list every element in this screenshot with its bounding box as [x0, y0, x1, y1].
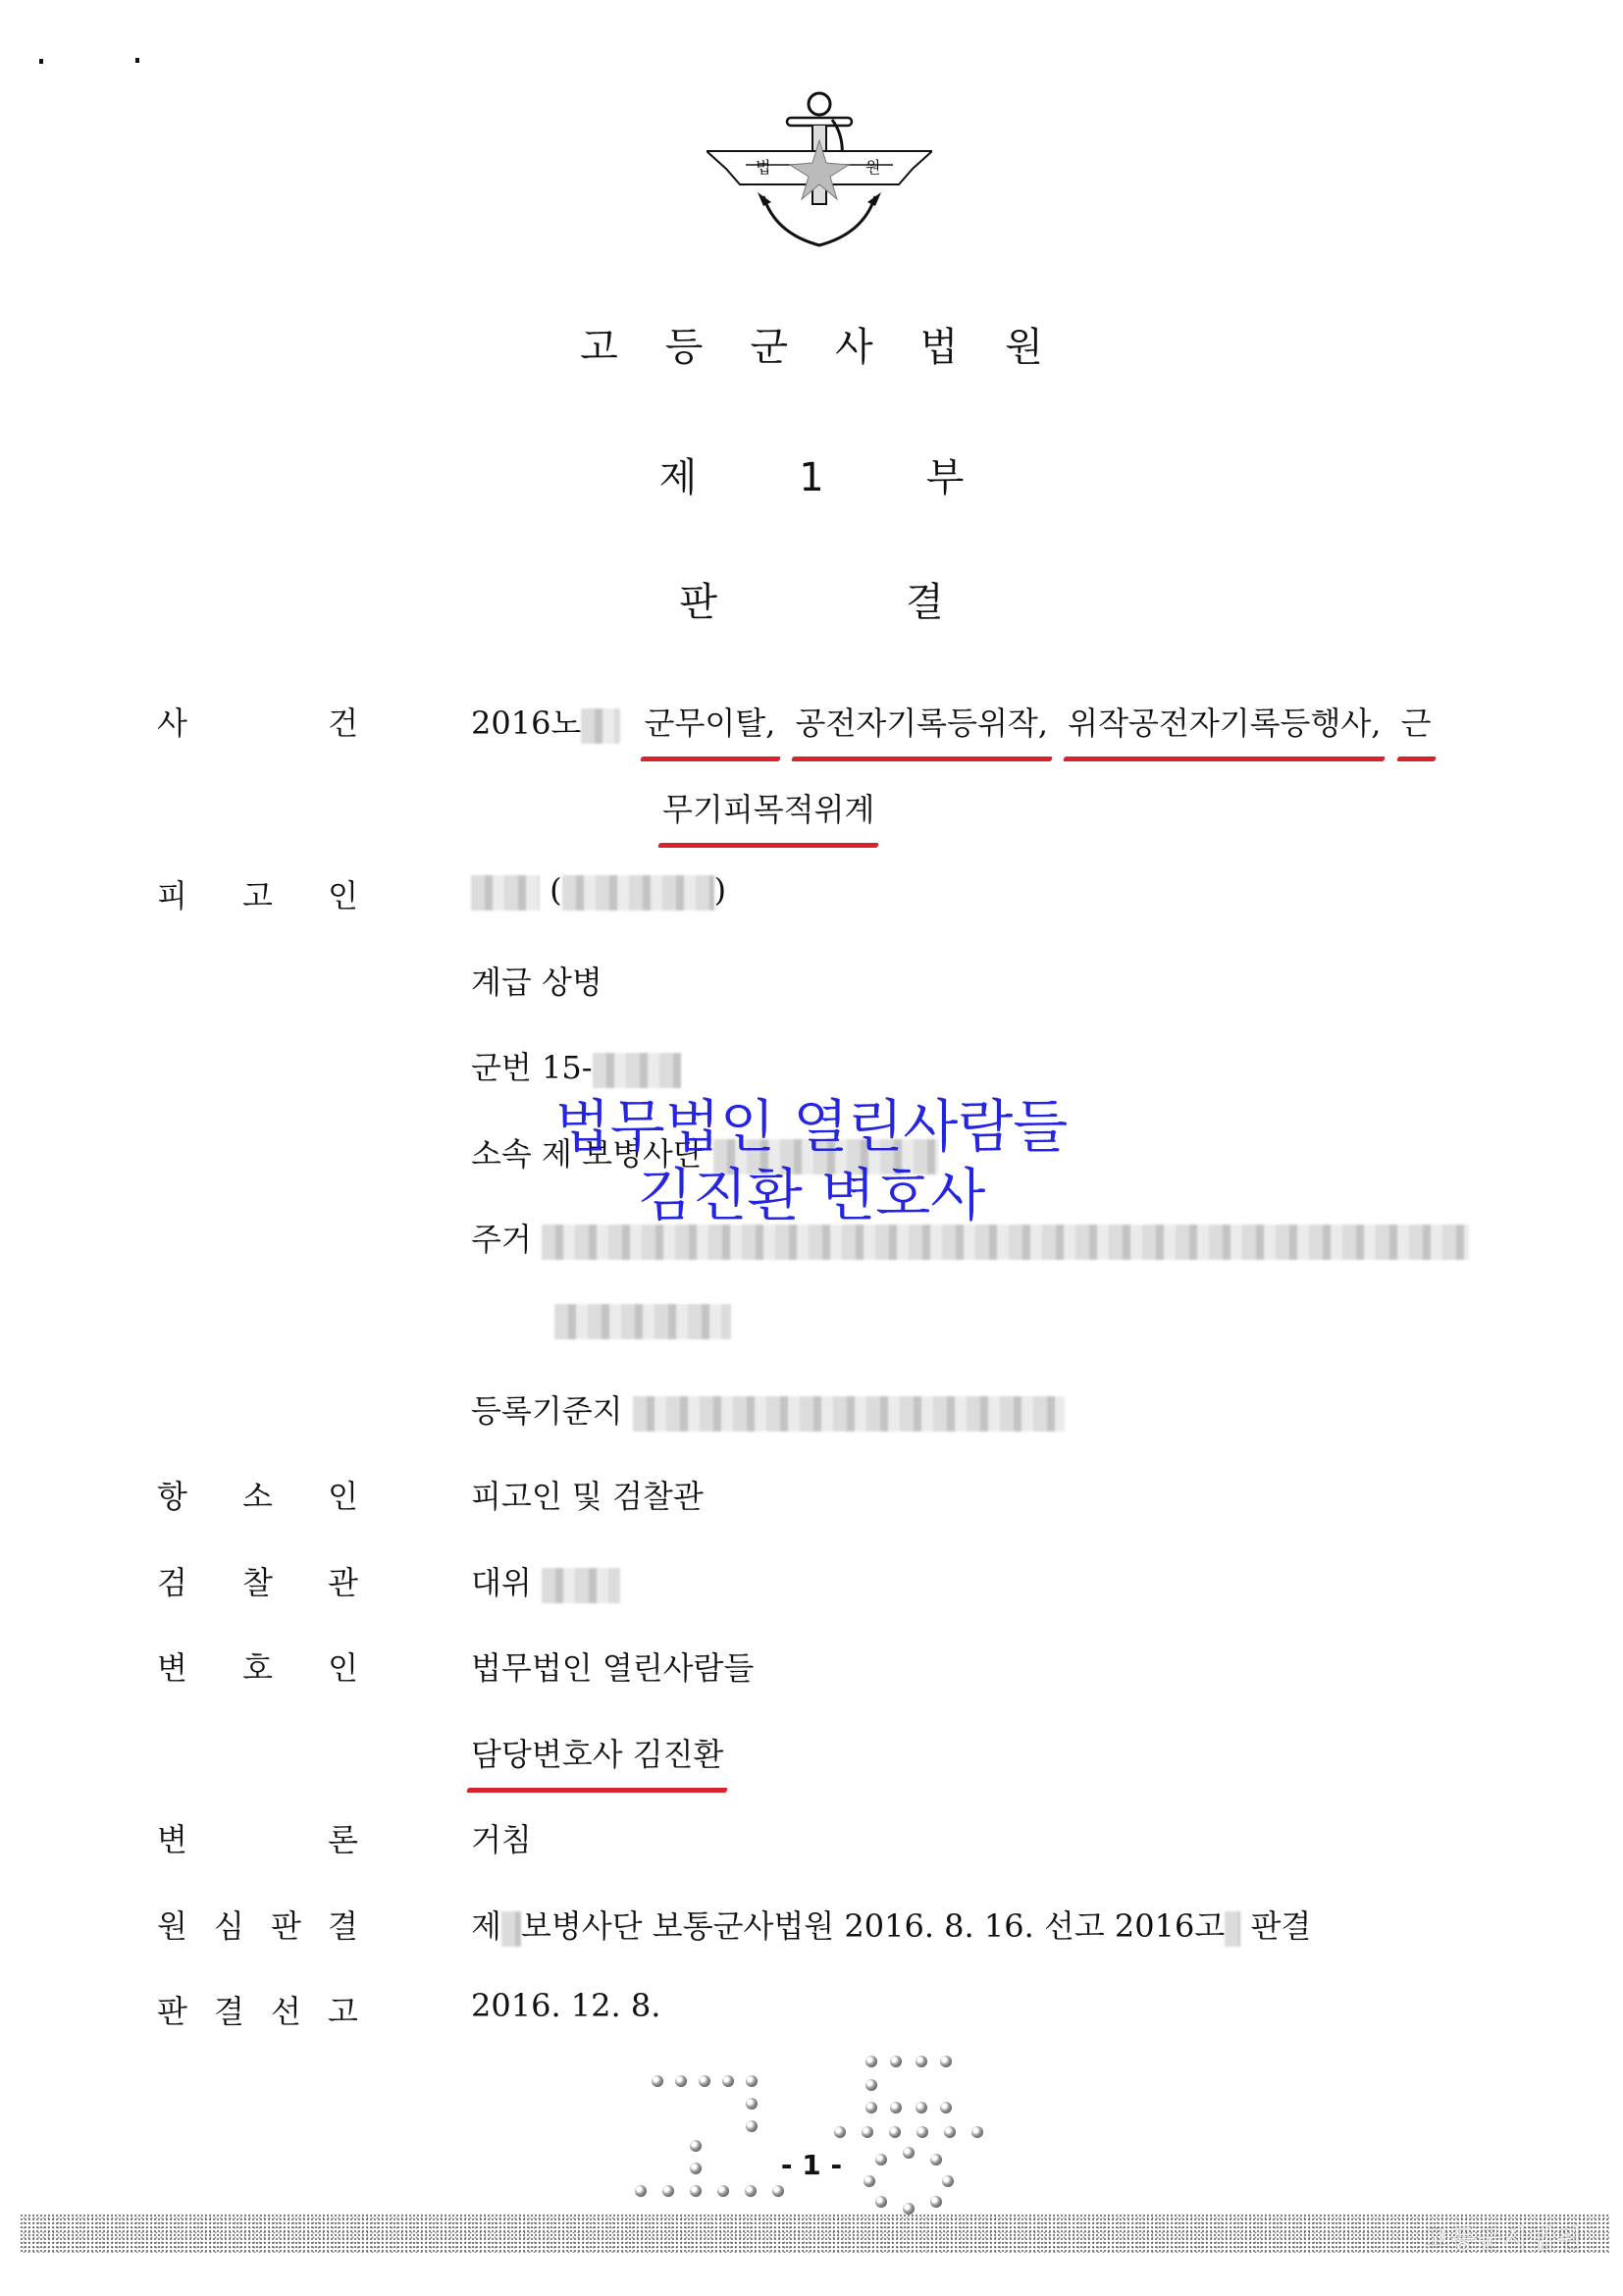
scan-speck [135, 58, 139, 63]
counsel-label: 변호인 [157, 1644, 358, 1689]
prosecutor-value: 대위 [471, 1558, 620, 1603]
document-type-title: 판결 [0, 571, 1623, 627]
defendant-rank: 계급 상병 [471, 958, 602, 1003]
scan-speck [39, 59, 43, 64]
page-number: - 1 - [0, 2149, 1623, 2181]
watermark-attorney: 김진환 변호사 [0, 1163, 1623, 1227]
case-value-line2: 무기피목적위계 [662, 785, 874, 830]
counsel-firm: 법무법인 열린사람들 [471, 1644, 754, 1689]
redacted-id [562, 875, 714, 911]
defendant-name: () [471, 871, 726, 911]
case-value: 2016노 군무이탈, 공전자기록등위작, 위작공전자기록등행사, 근 [471, 699, 1432, 744]
court-title: 고등군사법원 [0, 316, 1623, 372]
argument-label: 변론 [157, 1815, 358, 1860]
watermark-firm: 법무법인 열린사람들 [0, 1094, 1623, 1159]
appellant-label: 항소인 [157, 1472, 358, 1517]
charge-evasion-start: 근 [1401, 699, 1432, 744]
redacted-name [471, 875, 540, 911]
appellant-value: 피고인 및 검찰관 [471, 1472, 704, 1517]
redacted-prosecutor [542, 1568, 620, 1603]
redacted-case-number [581, 708, 620, 744]
redacted-service-number [593, 1053, 681, 1088]
redacted-address [542, 1225, 1469, 1260]
redacted-case [1225, 1911, 1240, 1947]
original-judgment-value: 제보병사단 보통군사법원 2016. 8. 16. 선고 2016고 판결 [471, 1902, 1311, 1947]
counsel-attorney: 담당변호사 김진환 [471, 1730, 723, 1775]
svg-text:법: 법 [756, 158, 770, 177]
case-label: 사건 [157, 699, 358, 744]
redacted-division [501, 1911, 521, 1947]
defendant-address-line2 [554, 1300, 731, 1339]
court-emblem-icon: 법 원 [707, 86, 932, 253]
charge-forgery: 공전자기록등위작, [796, 699, 1048, 744]
argument-value: 거침 [471, 1815, 532, 1860]
prosecutor-label: 검찰관 [157, 1558, 358, 1603]
svg-text:원: 원 [865, 158, 880, 177]
charge-desertion: 군무이탈, [645, 699, 776, 744]
defendant-service-number: 군번 15- [471, 1043, 681, 1088]
division-title: 제1부 [0, 446, 1623, 502]
sentencing-label: 판결선고 [157, 1987, 358, 2032]
footer-court-name: 고등군사법원 [1424, 2219, 1584, 2256]
charge-evasion: 무기피목적위계 [662, 785, 874, 830]
original-judgment-label: 원심판결 [157, 1902, 358, 1947]
redacted-address-2 [554, 1304, 731, 1339]
defendant-registration: 등록기준지 [471, 1386, 1065, 1432]
redacted-registration [633, 1396, 1065, 1432]
sentencing-date: 2016. 12. 8. [471, 1987, 660, 2024]
charge-use-forged-record: 위작공전자기록등행사, [1068, 699, 1381, 744]
defendant-label: 피고인 [157, 871, 358, 916]
footer-security-band [20, 2214, 1609, 2253]
